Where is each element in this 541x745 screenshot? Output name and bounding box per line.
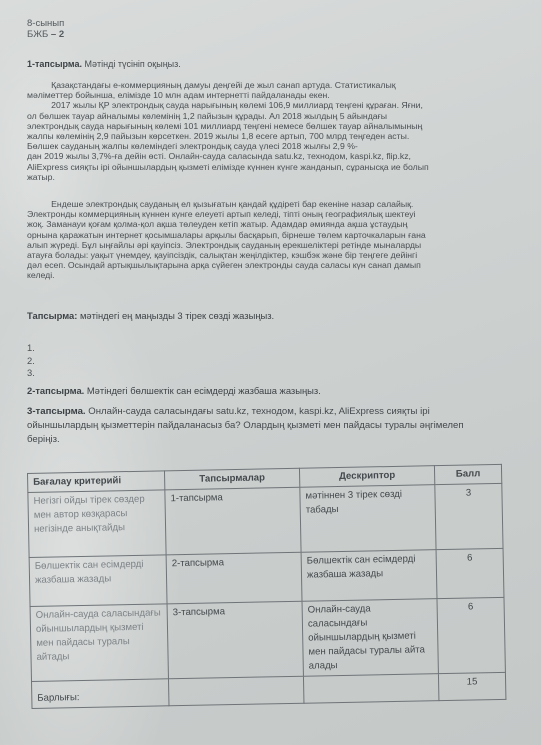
task1-heading: 1-тапсырма. Мәтінді түсініп оқыңыз. [27, 59, 181, 69]
task1-instruction: Мәтінді түсініп оқыңыз. [84, 59, 180, 69]
task-cell: 1-тапсырма [165, 487, 301, 555]
task-cell: 2-тапсырма [166, 552, 302, 604]
total-score: 15 [438, 672, 506, 700]
answer-lines: 1. 2. 3. [27, 342, 35, 380]
text-line: алып жүреді. Бұл ыңғайлы әрі қауіпсіз. Э… [27, 240, 527, 250]
text-line: жоқ. Заманауи қоғам қолма-қол ақша төлеу… [27, 219, 527, 229]
header-descriptor: Дескриптор [299, 466, 434, 488]
score-cell: 6 [436, 548, 504, 598]
grade-label: 8-сынып [27, 18, 64, 29]
main-task-instruction: мәтіндегі ең маңызды 3 тірек сөзді жазың… [80, 310, 274, 321]
text-line: атауға болады: уақыт үнемдеу, қауіпсізді… [27, 250, 527, 260]
total-label: Барлығы: [32, 679, 169, 709]
empty-cell [303, 674, 438, 704]
text-line: орнына қаражатын интернет қосымшалары ар… [27, 230, 527, 240]
text-line: дан 2019 жылы 3,7%-ға дейін өсті. Онлайн… [27, 151, 527, 161]
task2-heading: 2-тапсырма. Мәтіндегі бөлшектік сан есім… [27, 385, 321, 396]
header-score: Балл [434, 464, 501, 484]
text-line: Бөлшек сауданың жалпы көлеміндегі электр… [27, 141, 527, 151]
task2-label: 2-тапсырма. [27, 385, 84, 396]
answer-line-2[interactable]: 2. [27, 355, 35, 368]
main-task-heading: Тапсырма: мәтіндегі ең маңызды 3 тірек с… [27, 310, 274, 321]
criterion-cell: Бөлшектік сан есімдерді жазбаша жазады [29, 555, 167, 607]
text-line: жалпы көлемінің 2,9 пайызын көрсеткен. 2… [27, 131, 527, 141]
text-line: жатыр. [27, 172, 527, 182]
answer-line-3[interactable]: 3. [27, 367, 35, 380]
score-cell: 3 [435, 483, 503, 549]
table-row: Негізгі ойды тірек сөздер мен автор көзқ… [28, 483, 503, 557]
task2-instruction: Мәтіндегі бөлшектік сан есімдерді жазбаш… [87, 385, 321, 396]
answer-line-1[interactable]: 1. [27, 342, 35, 355]
descriptor-cell: мәтіннен 3 тірек сөзді табады [300, 485, 436, 553]
task3-label: 3-тапсырма. [27, 406, 86, 417]
text-line: мәліметтер бойынша, елімізде 10 млн адам… [27, 90, 527, 100]
descriptor-cell: Бөлшектік сан есімдерді жазбаша жазады [301, 550, 437, 602]
task3-instruction-line-1: Онлайн-сауда саласындағы satu.kz, технод… [88, 406, 429, 417]
header-tasks: Тапсырмалар [164, 468, 299, 490]
criterion-cell: Онлайн-сауда саласындағы ойыншылардың қы… [30, 604, 168, 682]
reading-paragraph-1: Қазақстандағы е-коммерцияның дамуы деңге… [27, 80, 527, 182]
score-cell: 6 [437, 597, 505, 673]
assessment-code-number: – 2 [51, 29, 64, 40]
table-row: Онлайн-сауда саласындағы ойыншылардың қы… [30, 597, 505, 681]
text-line: Қазақстандағы е-коммерцияның дамуы деңге… [27, 80, 527, 90]
assessment-code: БЖБ – 2 [27, 29, 64, 40]
text-line: AliExpress сияқты ірі ойыншылардың қызме… [27, 162, 527, 172]
text-line: Электронды коммерцияның күннен күнге еле… [27, 209, 527, 219]
task3-instruction-line-2: ойыншылардың қызметтерін пайдаланасыз ба… [27, 419, 541, 433]
assessment-code-prefix: БЖБ [27, 29, 48, 40]
text-line: келеді. [27, 270, 527, 280]
text-line: дәл есеп. Осындай артықшылықтарына арқа … [27, 260, 527, 270]
rubric-table: Бағалау критерийі Тапсырмалар Дескриптор… [27, 464, 506, 709]
reading-paragraph-2: Ендеше электрондық сауданың ел қызығатын… [27, 199, 527, 281]
text-line: Ендеше электрондық сауданың ел қызығатын… [27, 199, 527, 209]
main-task-label: Тапсырма: [27, 310, 77, 321]
criterion-cell: Негізгі ойды тірек сөздер мен автор көзқ… [28, 490, 166, 558]
task-cell: 3-тапсырма [167, 601, 303, 679]
task3-instruction-line-3: беріңіз. [27, 433, 541, 447]
empty-cell [168, 676, 303, 706]
text-line: электрондық сауда нарығының көлемі 101 м… [27, 121, 527, 131]
text-line: 2017 жылы ҚР электрондық сауда нарығының… [27, 100, 527, 110]
task1-label: 1-тапсырма. [27, 59, 82, 69]
text-line: ол бөлшек тауар айналымы көлемінің 1,2 п… [27, 111, 527, 121]
task3-heading: 3-тапсырма. Онлайн-сауда саласындағы sat… [27, 405, 541, 447]
descriptor-cell: Онлайн-сауда саласындағы ойыншылардың қы… [302, 599, 438, 677]
